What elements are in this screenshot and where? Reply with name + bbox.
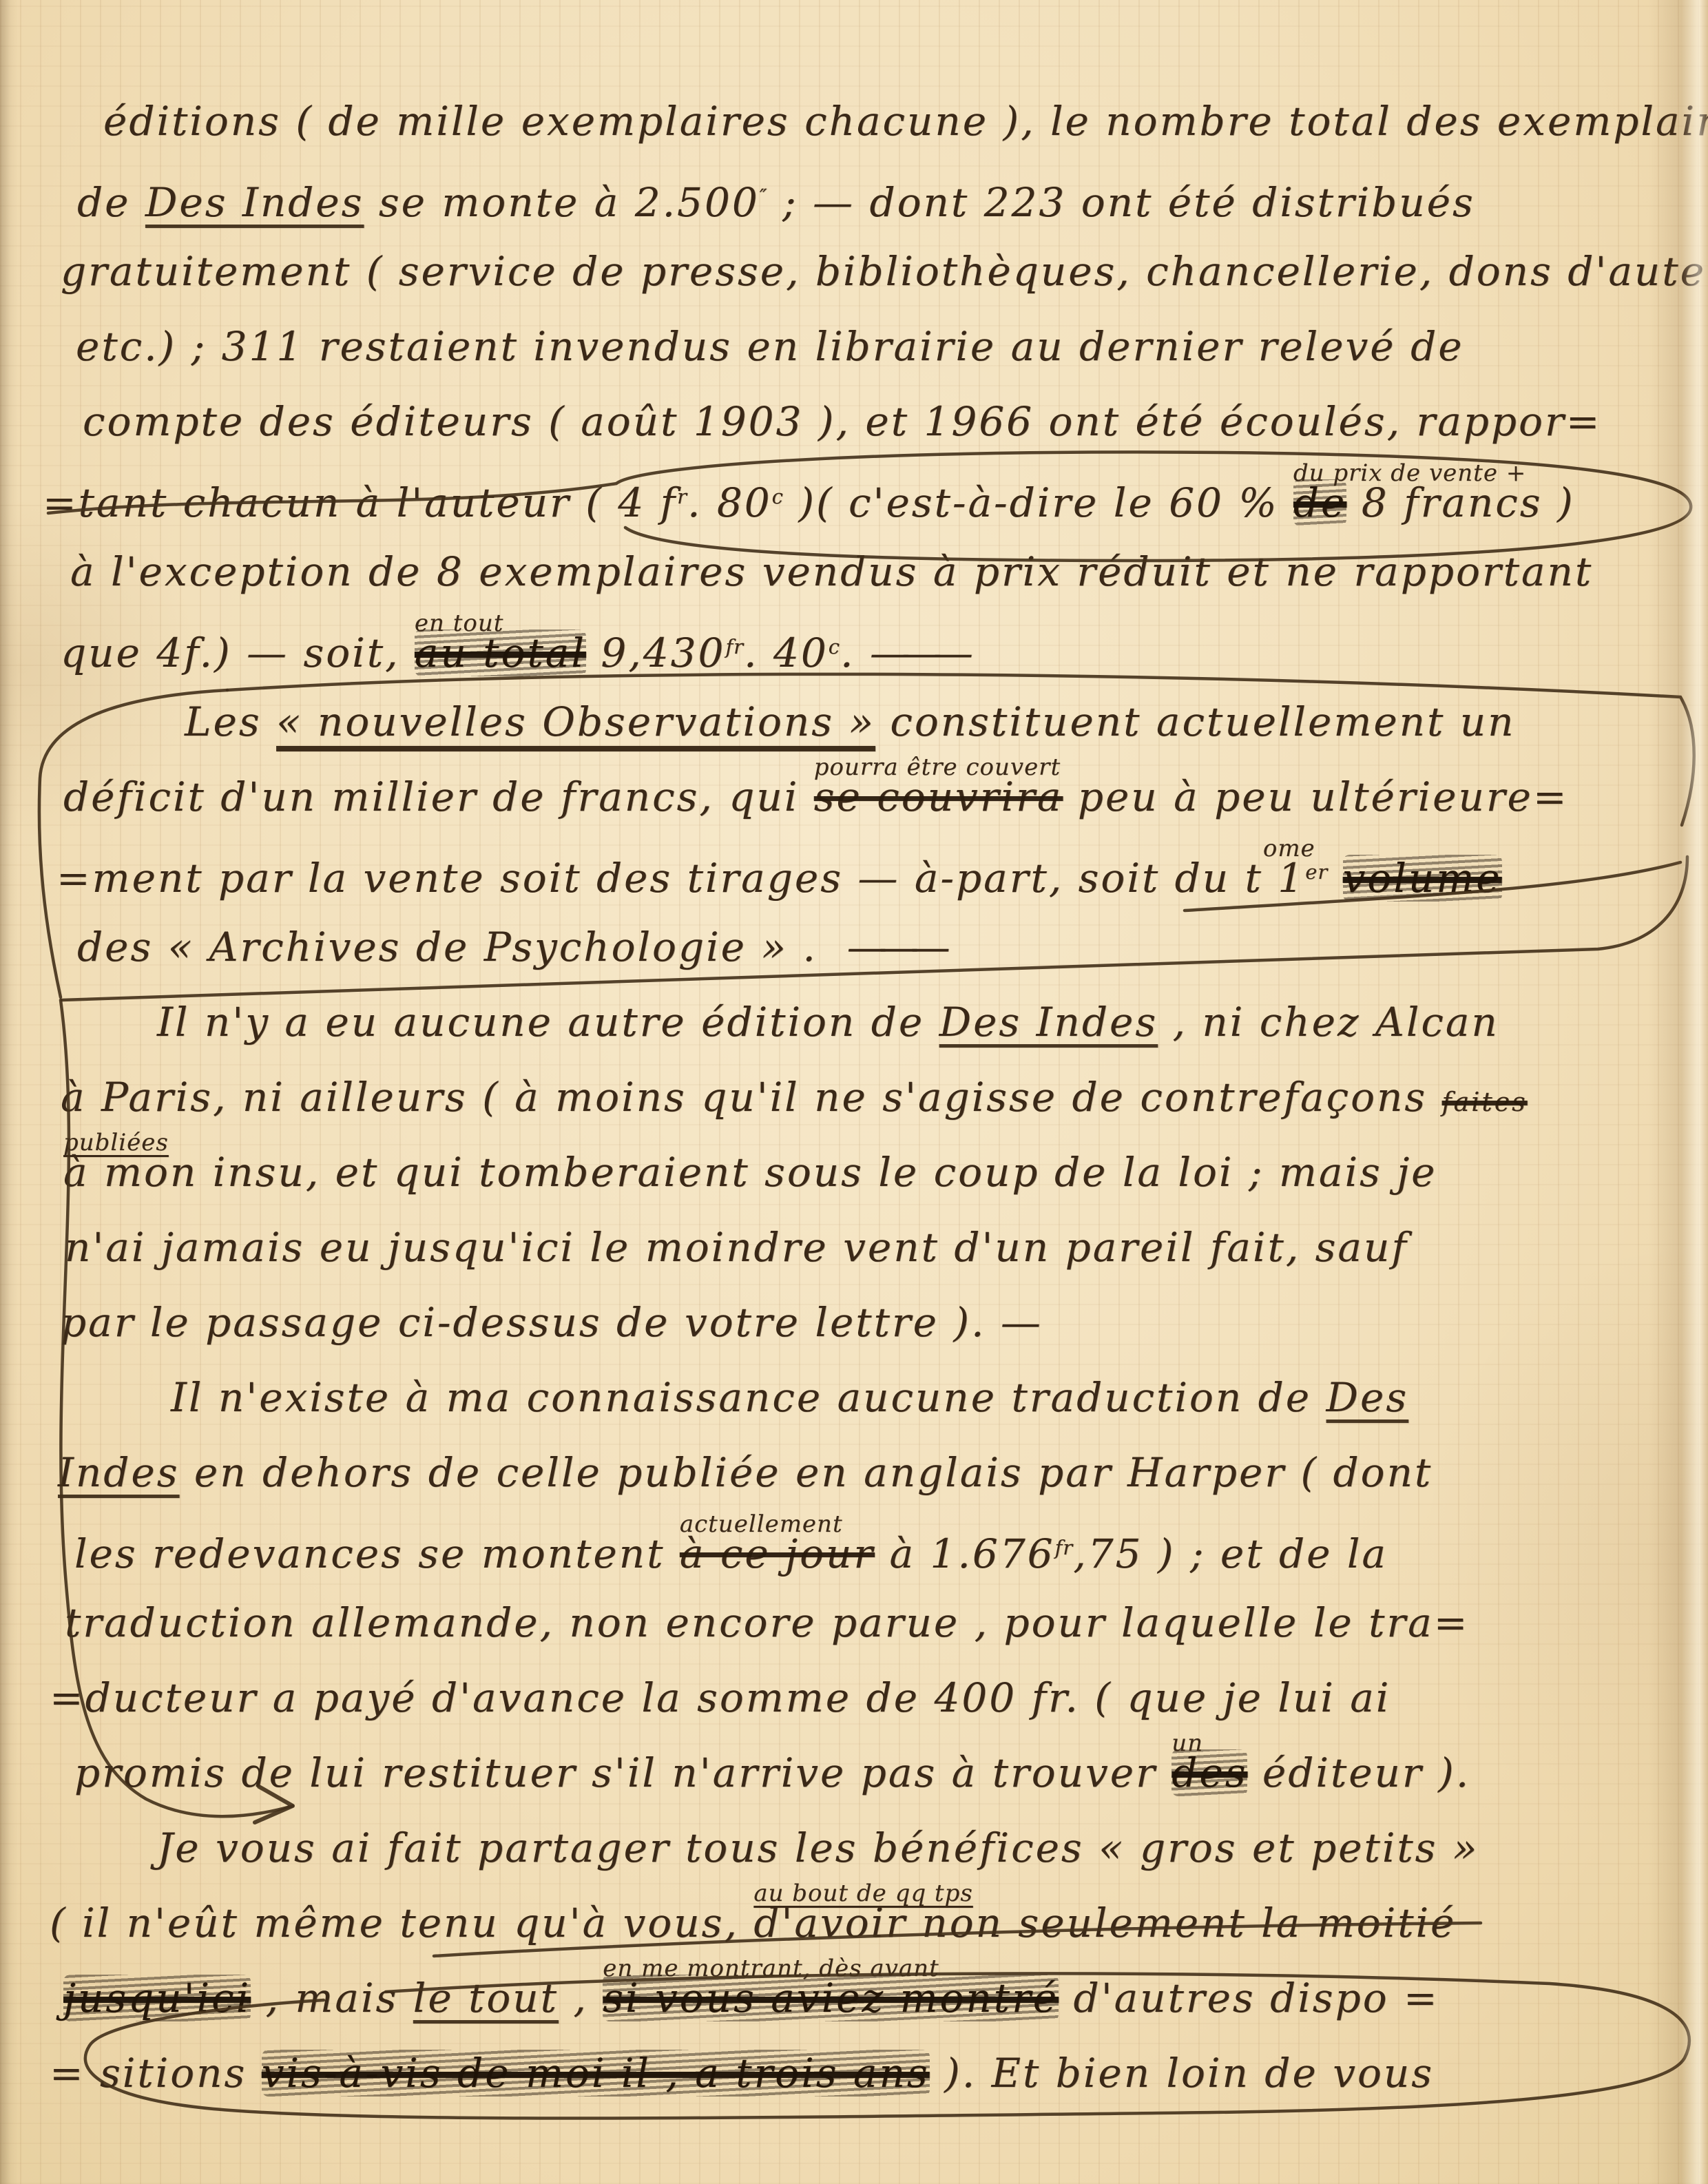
manuscript-line: =ment par la vente soit des tirages — à-… — [56, 839, 1502, 914]
manuscript-line: Je vous ai fait partager tous les bénéfi… — [157, 1815, 1479, 1890]
text-segment: , ni chez Alcan — [1158, 999, 1499, 1046]
text-segment: =ment par la vente soit des tirages — à-… — [56, 855, 1263, 902]
underlined-text: Des Indes — [939, 999, 1158, 1046]
text-segment: ; — dont 223 ont été distribués — [768, 179, 1475, 226]
text-segment: à 1.676 — [875, 1530, 1055, 1577]
manuscript-line: Il n'y a eu aucune autre édition de Des … — [157, 989, 1499, 1064]
manuscript-line: compte des éditeurs ( août 1903 ), et 19… — [83, 388, 1601, 464]
text-segment: . 40 — [744, 630, 829, 676]
manuscript-line: à l'exception de 8 exemplaires vendus à … — [70, 539, 1593, 614]
text-segment: = sitions — [50, 2050, 262, 2097]
superscript-text: fr — [725, 635, 744, 658]
superscript-text: fr — [1055, 1536, 1074, 1559]
text-segment: que 4f.) — soit, — [61, 630, 415, 676]
scribbled-out-text: vis-à-vis de moi il , a trois ans — [262, 2050, 930, 2097]
superscript-text: er — [1305, 860, 1328, 884]
text-segment: )( c'est-à-dire le 60 % — [784, 479, 1293, 526]
text-segment: etc.) ; 311 restaient invendus en librai… — [76, 323, 1464, 370]
text-segment: en dehors de celle publiée en anglais pa… — [179, 1449, 1433, 1496]
manuscript-line: par le passage ci-dessus de votre lettre… — [61, 1289, 1043, 1364]
superscript-text: ″ — [760, 185, 768, 208]
manuscript-line: déficit d'un millier de francs, qui pour… — [63, 764, 1568, 839]
text-segment: des « Archives de Psychologie » . — [77, 924, 847, 970]
manuscript-line: les redevances se montent actuellementà … — [74, 1515, 1388, 1590]
dash-flourish: ——— — [847, 924, 942, 970]
text-segment: n'ai jamais eu jusqu'ici le moindre vent… — [65, 1224, 1408, 1271]
manuscript-line: des « Archives de Psychologie » . ——— — [77, 914, 942, 989]
scribbled-out-text: volume — [1343, 855, 1502, 902]
text-segment: compte des éditeurs ( août 1903 ), et 19… — [83, 398, 1601, 445]
text-segment: . 80 — [687, 479, 772, 526]
manuscript-line: publiéesà mon insu, et qui tomberaient s… — [63, 1139, 1437, 1214]
manuscript-line: Les « nouvelles Observations » constitue… — [185, 689, 1515, 764]
superscript-text: c — [829, 635, 840, 658]
manuscript-line: etc.) ; 311 restaient invendus en librai… — [76, 313, 1464, 388]
text-segment — [1328, 855, 1342, 902]
text-segment: éditions ( de mille exemplaires chacune … — [103, 98, 1708, 145]
text-segment: promis de lui restituer s'il n'arrive pa… — [74, 1749, 1171, 1796]
text-segment: ( il n'eût même tenu qu'à vous, — [50, 1900, 753, 1946]
text-segment: ,75 ) ; et de la — [1073, 1530, 1388, 1577]
struck-text: faites — [1442, 1087, 1528, 1117]
manuscript-line: Il n'existe à ma connaissance aucune tra… — [171, 1364, 1408, 1439]
underlined-text: Des — [1326, 1374, 1409, 1421]
text-segment: . — [840, 630, 870, 676]
manuscript-line: promis de lui restituer s'il n'arrive pa… — [74, 1740, 1470, 1815]
text-segment: déficit d'un millier de francs, qui — [63, 773, 814, 820]
manuscript-line: =tant chacun à l'auteur ( 4 fr. 80c )( c… — [43, 464, 1575, 539]
text-segment: à mon insu, et qui tomberaient sous le c… — [63, 1149, 1437, 1196]
underlined-text: Indes — [58, 1449, 179, 1496]
text-segment: 9,430 — [586, 630, 725, 676]
text-segment: , — [559, 1975, 603, 2021]
text-segment: par le passage ci-dessus de votre lettre… — [61, 1299, 1043, 1346]
text-segment: d'autres dispo = — [1059, 1975, 1439, 2021]
text-segment: ). Et bien loin de vous — [930, 2050, 1434, 2097]
manuscript-line: de Des Indes se monte à 2.500″ ; — dont … — [77, 163, 1475, 238]
text-segment: Il n'y a eu aucune autre édition de — [157, 999, 939, 1046]
text-segment: Il n'existe à ma connaissance aucune tra… — [171, 1374, 1326, 1421]
text-segment: traduction allemande, non encore parue ,… — [65, 1599, 1469, 1646]
text-segment: Je vous ai fait partager tous les bénéfi… — [157, 1824, 1479, 1871]
manuscript-line: = sitions vis-à-vis de moi il , a trois … — [50, 2040, 1434, 2115]
text-segment: Les — [185, 698, 276, 745]
scribbled-out-text: jusqu'ici — [63, 1975, 251, 2021]
text-segment: gratuitement ( service de presse, biblio… — [61, 248, 1708, 295]
text-segment: =tant chacun à l'auteur ( 4 f — [43, 479, 677, 526]
manuscript-line: jusqu'ici , mais le tout , en me montran… — [63, 1965, 1439, 2040]
superscript-text: c — [772, 485, 784, 508]
text-segment: de — [77, 179, 145, 226]
manuscript-line: =ducteur a payé d'avance la somme de 400… — [50, 1665, 1391, 1740]
text-segment: se monte à 2.500 — [364, 179, 759, 226]
manuscript-line: gratuitement ( service de presse, biblio… — [61, 238, 1708, 313]
manuscript-line: ( il n'eût même tenu qu'à vous, au bout … — [50, 1890, 1456, 1965]
superscript-text: r — [677, 485, 687, 508]
underlined-heading: « nouvelles Observations » — [276, 698, 875, 745]
page-left-edge-shadow — [0, 0, 18, 2184]
text-segment: éditeur ). — [1247, 1749, 1470, 1796]
manuscript-line: à Paris, ni ailleurs ( à moins qu'il ne … — [61, 1064, 1528, 1139]
text-segment: constituent actuellement un — [875, 698, 1516, 745]
manuscript-page: éditions ( de mille exemplaires chacune … — [0, 0, 1708, 2184]
text-segment: à Paris, ni ailleurs ( à moins qu'il ne … — [61, 1074, 1442, 1121]
page-right-edge-shadow — [1649, 0, 1708, 2184]
text-segment: les redevances se montent — [74, 1530, 680, 1577]
underlined-text: Des Indes — [145, 179, 364, 226]
manuscript-line: traduction allemande, non encore parue ,… — [65, 1590, 1469, 1665]
manuscript-line: n'ai jamais eu jusqu'ici le moindre vent… — [65, 1214, 1408, 1289]
text-segment: =ducteur a payé d'avance la somme de 400… — [50, 1674, 1391, 1721]
manuscript-line: éditions ( de mille exemplaires chacune … — [103, 88, 1708, 163]
underlined-text: le tout — [413, 1975, 559, 2021]
text-segment: , mais — [251, 1975, 413, 2021]
text-segment: peu à peu ultérieure= — [1063, 773, 1568, 820]
text-segment: à l'exception de 8 exemplaires vendus à … — [70, 548, 1593, 595]
dash-flourish: ——— — [870, 630, 965, 676]
manuscript-line: Indes en dehors de celle publiée en angl… — [58, 1439, 1433, 1515]
manuscript-line: que 4f.) — soit, en toutau total 9,430fr… — [61, 614, 965, 689]
